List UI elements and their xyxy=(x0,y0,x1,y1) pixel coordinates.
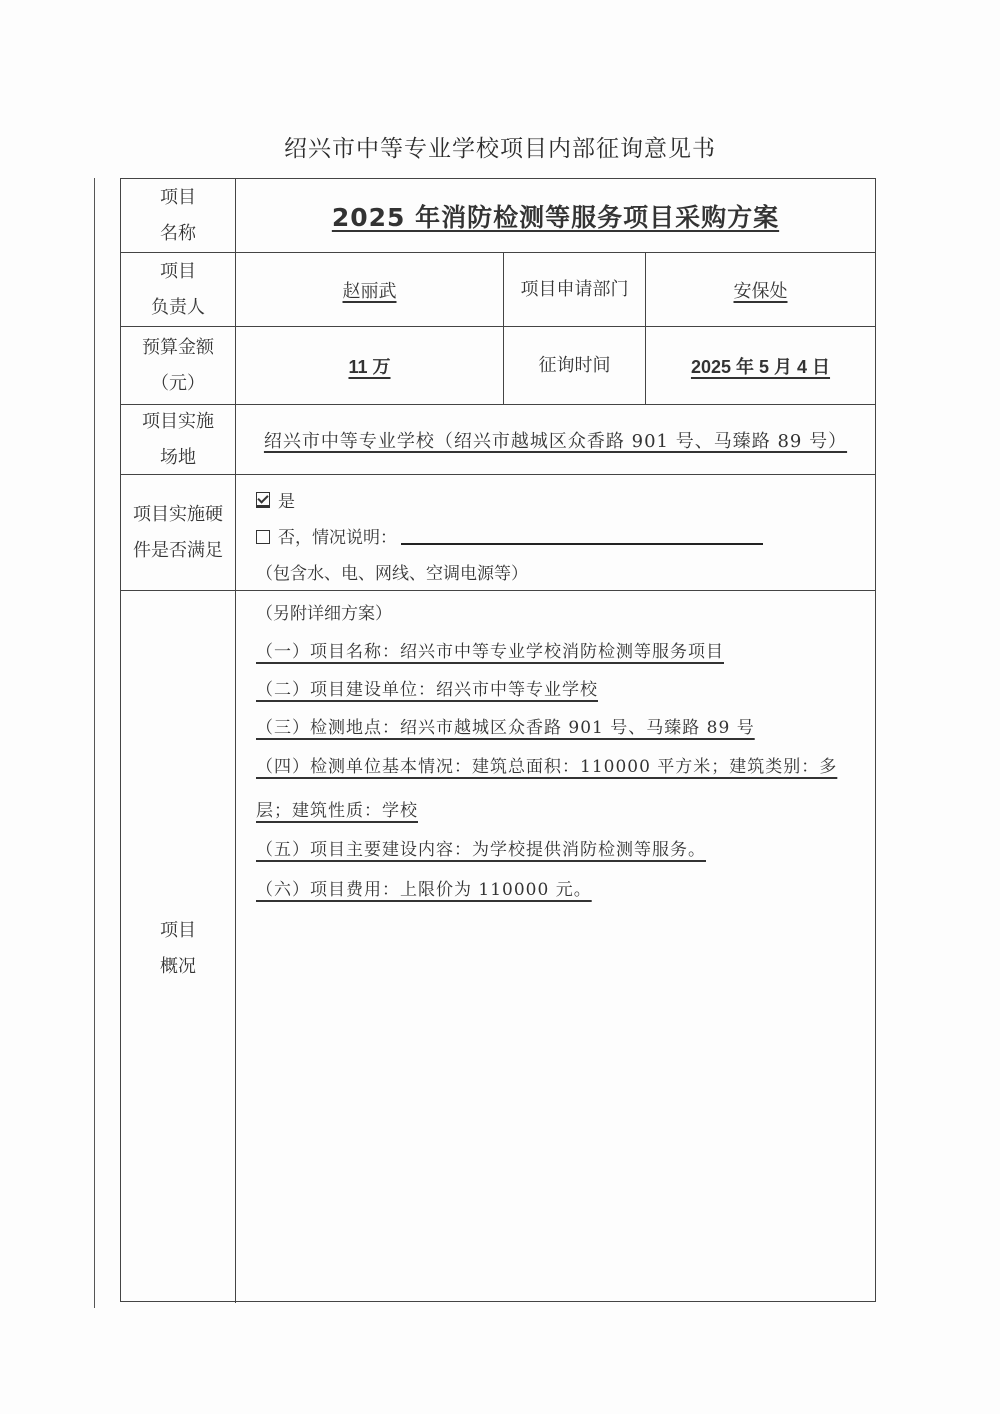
overview-item: （六）项目费用：上限价为 110000 元。 xyxy=(256,875,592,900)
overview-content: （另附详细方案） （一）项目名称：绍兴市中等专业学校消防检测等服务项目 （二）项… xyxy=(256,591,865,1303)
hardware-options: 是 否，情况说明： （包含水、电、网线、空调电源等） xyxy=(256,475,865,591)
value-budget-cell: 11 万 xyxy=(236,327,504,404)
value-project-name-cell: 2025 年消防检测等服务项目采购方案 xyxy=(236,179,875,252)
overview-item: （五）项目主要建设内容：为学校提供消防检测等服务。 xyxy=(256,835,706,860)
inquiry-time-value: 2025 年 5 月 4 日 xyxy=(691,353,830,379)
label-text: 场地 xyxy=(142,440,214,476)
label-inquiry-time: 征询时间 xyxy=(504,327,646,404)
row-hardware: 项目实施硬 件是否满足 是 否，情况说明： （包含水、电、网线、空调电源等） xyxy=(121,475,875,591)
label-text: 征询时间 xyxy=(539,348,611,384)
label-text: 项目实施硬 xyxy=(133,497,223,533)
overview-item: （二）项目建设单位：绍兴市中等专业学校 xyxy=(256,675,598,700)
label-text: 项目 xyxy=(160,180,196,216)
overview-item: （一）项目名称：绍兴市中等专业学校消防检测等服务项目 xyxy=(256,637,724,662)
label-text: 项目 xyxy=(160,913,196,949)
label-budget: 预算金额 （元） xyxy=(121,327,236,404)
row-budget: 预算金额 （元） 11 万 征询时间 2025 年 5 月 4 日 xyxy=(121,327,875,405)
overview-item: （四）检测单位基本情况：建筑总面积：110000 平方米；建筑类别：多 xyxy=(256,752,837,777)
document-title: 绍兴市中等专业学校项目内部征询意见书 xyxy=(0,130,1000,163)
overview-item: （三）检测地点：绍兴市越城区众香路 901 号、马臻路 89 号 xyxy=(256,713,755,738)
overview-intro: （另附详细方案） xyxy=(256,599,392,624)
budget-value: 11 万 xyxy=(348,353,390,379)
row-project-leader: 项目 负责人 赵丽武 项目申请部门 安保处 xyxy=(121,253,875,327)
inquiry-form-table: 项目 名称 2025 年消防检测等服务项目采购方案 项目 负责人 赵丽武 项目申… xyxy=(120,178,876,1302)
label-text: 项目实施 xyxy=(142,404,214,440)
project-leader-value: 赵丽武 xyxy=(343,277,397,303)
label-text: 件是否满足 xyxy=(133,533,223,569)
row-site: 项目实施 场地 绍兴市中等专业学校（绍兴市越城区众香路 901 号、马臻路 89… xyxy=(121,405,875,475)
project-name-value: 2025 年消防检测等服务项目采购方案 xyxy=(332,198,779,234)
option-yes-label: 是 xyxy=(278,492,295,512)
explanation-blank-field[interactable] xyxy=(401,543,763,545)
label-site: 项目实施 场地 xyxy=(121,405,236,474)
value-project-leader-cell: 赵丽武 xyxy=(236,253,504,326)
checkbox-unchecked-icon[interactable] xyxy=(256,530,270,544)
label-text: 项目申请部门 xyxy=(521,272,629,308)
label-project-name: 项目 名称 xyxy=(121,179,236,252)
label-text: 预算金额 xyxy=(142,330,214,366)
label-text: 项目 xyxy=(151,254,205,290)
label-applying-department: 项目申请部门 xyxy=(504,253,646,326)
label-text: 概况 xyxy=(160,949,196,985)
label-text: 负责人 xyxy=(151,290,205,326)
margin-line xyxy=(94,178,95,1308)
overview-item: 层；建筑性质：学校 xyxy=(256,796,418,821)
option-no-label: 否，情况说明： xyxy=(278,528,397,548)
label-project-leader: 项目 负责人 xyxy=(121,253,236,326)
label-overview: 项目 概况 xyxy=(121,591,236,1303)
applying-department-value: 安保处 xyxy=(734,277,788,303)
label-text: 名称 xyxy=(160,216,196,252)
checkbox-checked-icon[interactable] xyxy=(256,492,270,508)
option-yes[interactable]: 是 xyxy=(256,487,295,512)
hardware-note: （包含水、电、网线、空调电源等） xyxy=(256,559,528,584)
option-no[interactable]: 否，情况说明： xyxy=(256,523,763,548)
row-project-name: 项目 名称 2025 年消防检测等服务项目采购方案 xyxy=(121,179,875,253)
site-value: 绍兴市中等专业学校（绍兴市越城区众香路 901 号、马臻路 89 号） xyxy=(264,427,847,453)
label-hardware: 项目实施硬 件是否满足 xyxy=(121,475,236,590)
row-overview: 项目 概况 （另附详细方案） （一）项目名称：绍兴市中等专业学校消防检测等服务项… xyxy=(121,591,875,1303)
value-applying-department-cell: 安保处 xyxy=(646,253,875,326)
value-site-cell: 绍兴市中等专业学校（绍兴市越城区众香路 901 号、马臻路 89 号） xyxy=(236,405,875,474)
label-text: （元） xyxy=(142,366,214,402)
value-inquiry-time-cell: 2025 年 5 月 4 日 xyxy=(646,327,875,404)
